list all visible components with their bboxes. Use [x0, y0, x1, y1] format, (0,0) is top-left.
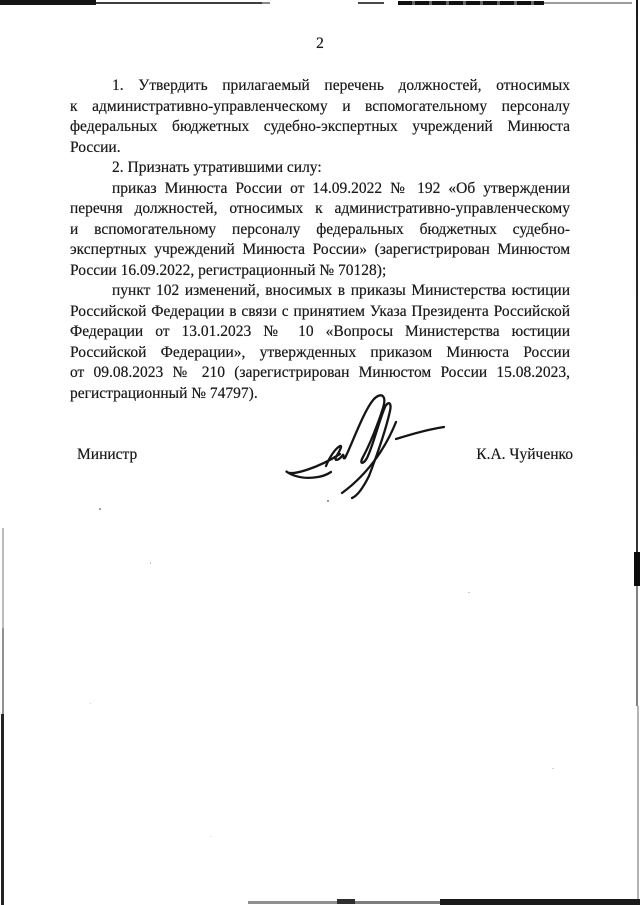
scan-artifact-right-edge — [636, 586, 638, 706]
text-line: 2. Признать утратившими силу: — [70, 158, 570, 179]
noise-speck — [468, 592, 470, 593]
text-line: и вспомогательному персоналу федеральных… — [70, 220, 570, 241]
text-line: России. — [70, 138, 570, 159]
scan-artifact-right-edge — [637, 706, 639, 905]
text-line: федеральных бюджетных судебно-экспертных… — [70, 117, 570, 138]
text-line: Федерации от 13.01.2023 № 10 «Вопросы Ми… — [70, 322, 570, 343]
text-line: к административно-управленческому и вспо… — [70, 97, 570, 118]
scan-artifact-bottom-edge — [355, 901, 440, 904]
scan-artifact-left-edge — [1, 714, 4, 905]
scan-artifact-top-edge — [0, 0, 96, 5]
text-line: пункт 102 изменений, вносимых в приказы … — [70, 281, 570, 302]
scan-artifact-left-edge — [2, 628, 4, 714]
signature-row: Министр К.А. Чуйченко — [70, 445, 573, 466]
scan-artifact-right-edge — [636, 0, 638, 556]
text-line: России 16.09.2022, регистрационный № 701… — [70, 261, 570, 282]
text-line: приказ Минюста России от 14.09.2022 № 19… — [70, 179, 570, 200]
noise-speck — [210, 836, 211, 837]
scan-artifact-top-edge — [358, 2, 384, 4]
page-number: 2 — [70, 34, 570, 55]
noise-speck — [90, 703, 91, 704]
scan-artifact-top-edge — [96, 2, 262, 4]
text-line: перечня должностей, относимых к админист… — [70, 199, 570, 220]
document-page: 2 1. Утвердить прилагаемый перечень долж… — [0, 0, 640, 905]
scan-artifact-left-edge — [2, 528, 4, 628]
scan-artifact-top-edge — [544, 2, 632, 4]
text-line: от 09.08.2023 № 210 (зарегистрирован Мин… — [70, 363, 570, 384]
document-body: 1. Утвердить прилагаемый перечень должно… — [70, 76, 570, 404]
scan-artifact-bottom-edge — [440, 899, 640, 905]
text-line: Российской Федерации в связи с принятием… — [70, 302, 570, 323]
scan-artifact-bottom-edge — [337, 899, 355, 904]
scan-artifact-right-edge — [634, 552, 640, 586]
text-line: экспертных учреждений Минюста России» (з… — [70, 240, 570, 261]
scan-artifact-top-edge — [398, 1, 544, 5]
text-line: Российской Федерации», утвержденных прик… — [70, 343, 570, 364]
noise-speck — [150, 562, 151, 564]
noise-speck — [552, 768, 554, 769]
scan-artifact-bottom-edge — [248, 901, 337, 904]
noise-speck — [99, 508, 101, 510]
scan-artifact-top-edge — [262, 2, 270, 4]
minister-title: Министр — [70, 445, 137, 466]
text-line: 1. Утвердить прилагаемый перечень должно… — [70, 76, 570, 97]
signatory-name: К.А. Чуйченко — [476, 445, 573, 466]
